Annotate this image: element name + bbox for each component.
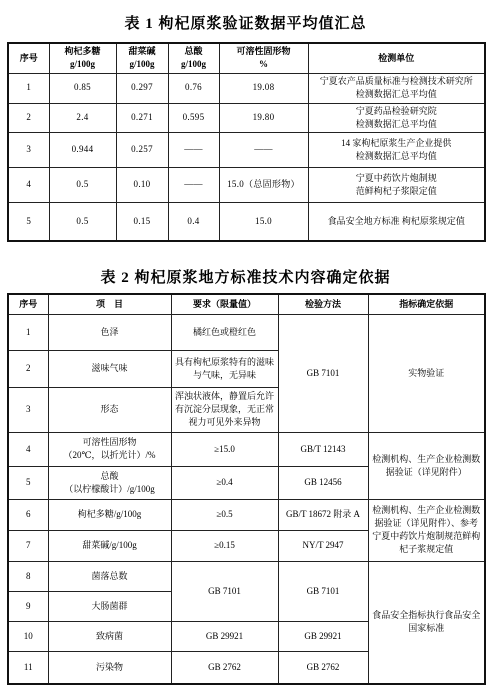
table-cell: GB 7101 — [278, 561, 368, 621]
table2-header-row: 序号 项 目 要求（限量值） 检验方法 指标确定依据 — [8, 294, 485, 314]
table-cell: 枸杞多糖/g/100g — [48, 499, 171, 530]
table-cell: 11 — [8, 651, 48, 684]
table-cell: 具有枸杞原浆特有的滋味与气味，无异味 — [171, 350, 278, 387]
table-cell: 食品安全指标执行食品安全国家标准 — [368, 561, 485, 684]
table-cell: ≥0.5 — [171, 499, 278, 530]
table-cell: 9 — [8, 591, 48, 621]
table-cell: —— — [219, 132, 308, 167]
table-cell: 0.76 — [168, 73, 219, 103]
table-cell: ≥0.15 — [171, 530, 278, 561]
table-cell: 宁夏药品检验研究院 检测数据汇总平均值 — [308, 103, 485, 132]
table-cell: 0.15 — [116, 202, 168, 241]
table-cell: 4 — [8, 432, 48, 466]
table-cell: 0.944 — [49, 132, 116, 167]
table-cell: GB 29921 — [278, 621, 368, 651]
table-cell: 3 — [8, 387, 48, 432]
table-cell: 0.595 — [168, 103, 219, 132]
table-cell: 15.0 — [219, 202, 308, 241]
table-cell: 甜菜碱/g/100g — [48, 530, 171, 561]
table-cell: —— — [168, 167, 219, 202]
table1-summary-table: 序号 枸杞多糖 g/100g 甜菜碱 g/100g 总酸 g/100g 可溶性固… — [7, 42, 486, 242]
table-cell: 污染物 — [48, 651, 171, 684]
document-page: 表 1 枸杞原浆验证数据平均值汇总 序号 枸杞多糖 g/100g 甜菜碱 g/1… — [0, 0, 491, 698]
table-cell: 4 — [8, 167, 49, 202]
table-cell: 大肠菌群 — [48, 591, 171, 621]
table-cell: GB 2762 — [171, 651, 278, 684]
table-cell: GB/T 18672 附录 A — [278, 499, 368, 530]
table-cell: 2 — [8, 350, 48, 387]
table-cell: 菌落总数 — [48, 561, 171, 591]
column-header-basis: 指标确定依据 — [368, 294, 485, 314]
table-row: 8 菌落总数 GB 7101 GB 7101 食品安全指标执行食品安全国家标准 — [8, 561, 485, 591]
table-cell: 1 — [8, 73, 49, 103]
table-cell: 食品安全地方标准 枸杞原浆规定值 — [308, 202, 485, 241]
table-cell: 0.297 — [116, 73, 168, 103]
table-cell: 0.5 — [49, 167, 116, 202]
table-cell: 致病菌 — [48, 621, 171, 651]
table-cell: 19.08 — [219, 73, 308, 103]
table-row: 5 0.5 0.15 0.4 15.0 食品安全地方标准 枸杞原浆规定值 — [8, 202, 485, 241]
column-header-betaine: 甜菜碱 g/100g — [116, 43, 168, 73]
table-cell: 2 — [8, 103, 49, 132]
table-cell: 3 — [8, 132, 49, 167]
column-header-soluble-solids: 可溶性固形物 % — [219, 43, 308, 73]
column-header-item: 项 目 — [48, 294, 171, 314]
table-cell: 形态 — [48, 387, 171, 432]
table-cell: 5 — [8, 202, 49, 241]
table-cell: 2.4 — [49, 103, 116, 132]
column-header-polysaccharide: 枸杞多糖 g/100g — [49, 43, 116, 73]
table-row: 4 可溶性固形物 （20℃，以折光计）/% ≥15.0 GB/T 12143 检… — [8, 432, 485, 466]
table-row: 3 0.944 0.257 —— —— 14 家枸杞原浆生产企业提供 检测数据汇… — [8, 132, 485, 167]
table-cell: 实物验证 — [368, 314, 485, 432]
document-body: 表 1 枸杞原浆验证数据平均值汇总 序号 枸杞多糖 g/100g 甜菜碱 g/1… — [0, 0, 491, 685]
table-cell: 5 — [8, 466, 48, 499]
table-cell: GB 7101 — [171, 561, 278, 621]
table-row: 6 枸杞多糖/g/100g ≥0.5 GB/T 18672 附录 A 检测机构、… — [8, 499, 485, 530]
table-cell: NY/T 2947 — [278, 530, 368, 561]
table-cell: 7 — [8, 530, 48, 561]
table-cell: 14 家枸杞原浆生产企业提供 检测数据汇总平均值 — [308, 132, 485, 167]
table-cell: 0.271 — [116, 103, 168, 132]
table-cell: 0.257 — [116, 132, 168, 167]
table-cell: GB/T 12143 — [278, 432, 368, 466]
table-cell: 宁夏农产品质量标准与检测技术研究所 检测数据汇总平均值 — [308, 73, 485, 103]
table-cell: 0.4 — [168, 202, 219, 241]
table-cell: 宁夏中药饮片炮制规 范鲜枸杞子浆限定值 — [308, 167, 485, 202]
table-cell: GB 12456 — [278, 466, 368, 499]
table-cell: 橘红色或橙红色 — [171, 314, 278, 350]
table-row: 2 2.4 0.271 0.595 19.80 宁夏药品检验研究院 检测数据汇总… — [8, 103, 485, 132]
table2-title: 表 2 枸杞原浆地方标准技术内容确定依据 — [7, 266, 484, 287]
table-row: 1 色泽 橘红色或橙红色 GB 7101 实物验证 — [8, 314, 485, 350]
table-cell: GB 29921 — [171, 621, 278, 651]
table-cell: 浑浊状液体，静置后允许有沉淀分层现象，无正常视力可见外来异物 — [171, 387, 278, 432]
table-cell: 15.0（总固形物） — [219, 167, 308, 202]
table-cell: 色泽 — [48, 314, 171, 350]
table-cell: 可溶性固形物 （20℃，以折光计）/% — [48, 432, 171, 466]
table-row: 4 0.5 0.10 —— 15.0（总固形物） 宁夏中药饮片炮制规 范鲜枸杞子… — [8, 167, 485, 202]
table-cell: 0.85 — [49, 73, 116, 103]
table1-title: 表 1 枸杞原浆验证数据平均值汇总 — [7, 12, 484, 33]
table-row: 1 0.85 0.297 0.76 19.08 宁夏农产品质量标准与检测技术研究… — [8, 73, 485, 103]
table-cell: 滋味气味 — [48, 350, 171, 387]
table-cell: GB 2762 — [278, 651, 368, 684]
column-header-seq: 序号 — [8, 43, 49, 73]
table-cell: —— — [168, 132, 219, 167]
table-cell: 检测机构、生产企业检测数据验证（详见附件） — [368, 432, 485, 499]
table1-header-row: 序号 枸杞多糖 g/100g 甜菜碱 g/100g 总酸 g/100g 可溶性固… — [8, 43, 485, 73]
column-header-total-acid: 总酸 g/100g — [168, 43, 219, 73]
table-cell: 8 — [8, 561, 48, 591]
table-cell: 6 — [8, 499, 48, 530]
table-cell: ≥0.4 — [171, 466, 278, 499]
table-cell: 0.5 — [49, 202, 116, 241]
table2-standard-table: 序号 项 目 要求（限量值） 检验方法 指标确定依据 1 色泽 橘红色或橙红色 … — [7, 293, 486, 685]
column-header-test-method: 检验方法 — [278, 294, 368, 314]
table-cell: 10 — [8, 621, 48, 651]
table-cell: 检测机构、生产企业检测数据验证（详见附件）、参考宁夏中药饮片炮制规范鲜枸杞子浆规… — [368, 499, 485, 561]
column-header-seq: 序号 — [8, 294, 48, 314]
table-cell: ≥15.0 — [171, 432, 278, 466]
table-cell: 总酸 （以柠檬酸计）/g/100g — [48, 466, 171, 499]
table-cell: GB 7101 — [278, 314, 368, 432]
column-header-requirement: 要求（限量值） — [171, 294, 278, 314]
table-cell: 19.80 — [219, 103, 308, 132]
table-cell: 1 — [8, 314, 48, 350]
column-header-testing-unit: 检测单位 — [308, 43, 485, 73]
table-cell: 0.10 — [116, 167, 168, 202]
